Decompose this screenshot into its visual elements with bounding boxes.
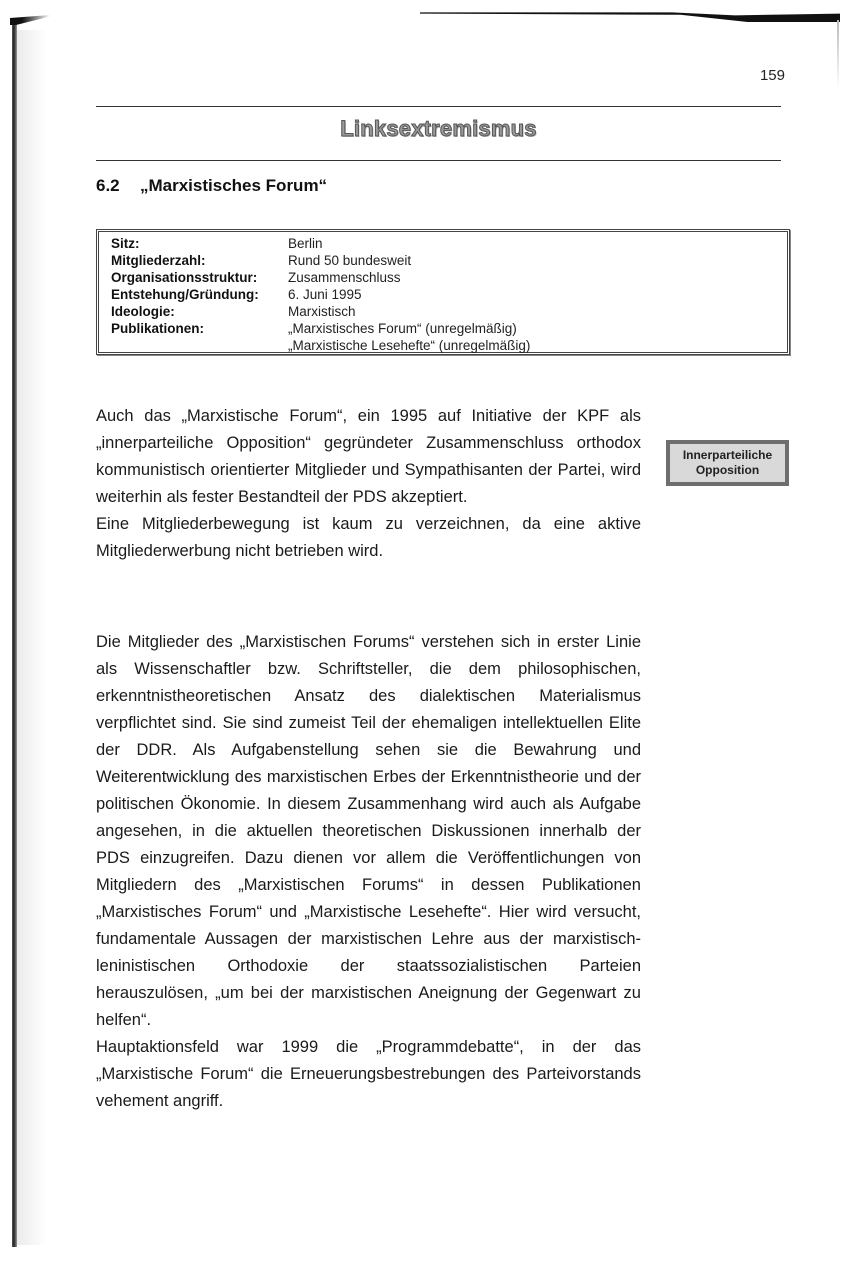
scan-binding-shadow: [17, 30, 47, 1245]
section-title: „Marxistisches Forum“: [140, 176, 327, 195]
paragraph: Die Mitglieder des „Marxistischen Forums…: [96, 629, 641, 1034]
scan-corner-artifact: [10, 15, 50, 25]
profile-value: Zusammenschluss: [288, 269, 401, 286]
paragraph: Eine Mitgliederbewegung ist kaum zu verz…: [96, 511, 641, 565]
profile-row-publikationen: Publikationen: „Marxistisches Forum“ (un…: [111, 320, 787, 337]
profile-label: Organisationsstruktur:: [111, 269, 288, 286]
profile-value: 6. Juni 1995: [288, 286, 362, 303]
profile-value: „Marxistisches Forum“ (unregelmäßig): [288, 320, 517, 337]
profile-label: Entstehung/Gründung:: [111, 286, 288, 303]
scan-top-edge: [420, 10, 840, 22]
profile-row-gruendung: Entstehung/Gründung: 6. Juni 1995: [111, 286, 787, 303]
profile-value: Berlin: [288, 235, 323, 252]
header-rule-top: [96, 106, 781, 107]
scan-right-edge: [837, 20, 839, 90]
profile-row-ideologie: Ideologie: Marxistisch: [111, 303, 787, 320]
section-number: 6.2: [96, 176, 140, 196]
margin-note: Innerparteiliche Opposition: [666, 440, 789, 486]
profile-value: „Marxistische Lesehefte“ (unregelmäßig): [288, 337, 530, 354]
profile-label: Publikationen:: [111, 320, 288, 337]
profile-row-organisationsstruktur: Organisationsstruktur: Zusammenschluss: [111, 269, 787, 286]
margin-note-line: Opposition: [696, 463, 759, 478]
margin-note-line: Innerparteiliche: [683, 448, 772, 463]
header-rule-bottom: [96, 160, 781, 161]
running-head: Linksextremismus: [96, 116, 781, 142]
profile-value: Marxistisch: [288, 303, 356, 320]
body-text-block-2: Die Mitglieder des „Marxistischen Forums…: [96, 629, 641, 1115]
profile-label-empty: [111, 337, 288, 354]
body-text-block-1: Auch das „Marxistische Forum“, ein 1995 …: [96, 403, 641, 565]
profile-label: Mitgliederzahl:: [111, 252, 288, 269]
profile-row-mitgliederzahl: Mitgliederzahl: Rund 50 bundesweit: [111, 252, 787, 269]
profile-box: Sitz: Berlin Mitgliederzahl: Rund 50 bun…: [96, 229, 790, 355]
profile-row-publikationen-cont: „Marxistische Lesehefte“ (unregelmäßig): [111, 337, 787, 354]
paragraph: Hauptaktionsfeld war 1999 die „Programmd…: [96, 1034, 641, 1115]
paragraph: Auch das „Marxistische Forum“, ein 1995 …: [96, 403, 641, 511]
profile-row-sitz: Sitz: Berlin: [111, 235, 787, 252]
profile-label: Sitz:: [111, 235, 288, 252]
section-heading: 6.2„Marxistisches Forum“: [96, 176, 327, 196]
page-number: 159: [740, 67, 785, 84]
profile-value: Rund 50 bundesweit: [288, 252, 411, 269]
profile-label: Ideologie:: [111, 303, 288, 320]
